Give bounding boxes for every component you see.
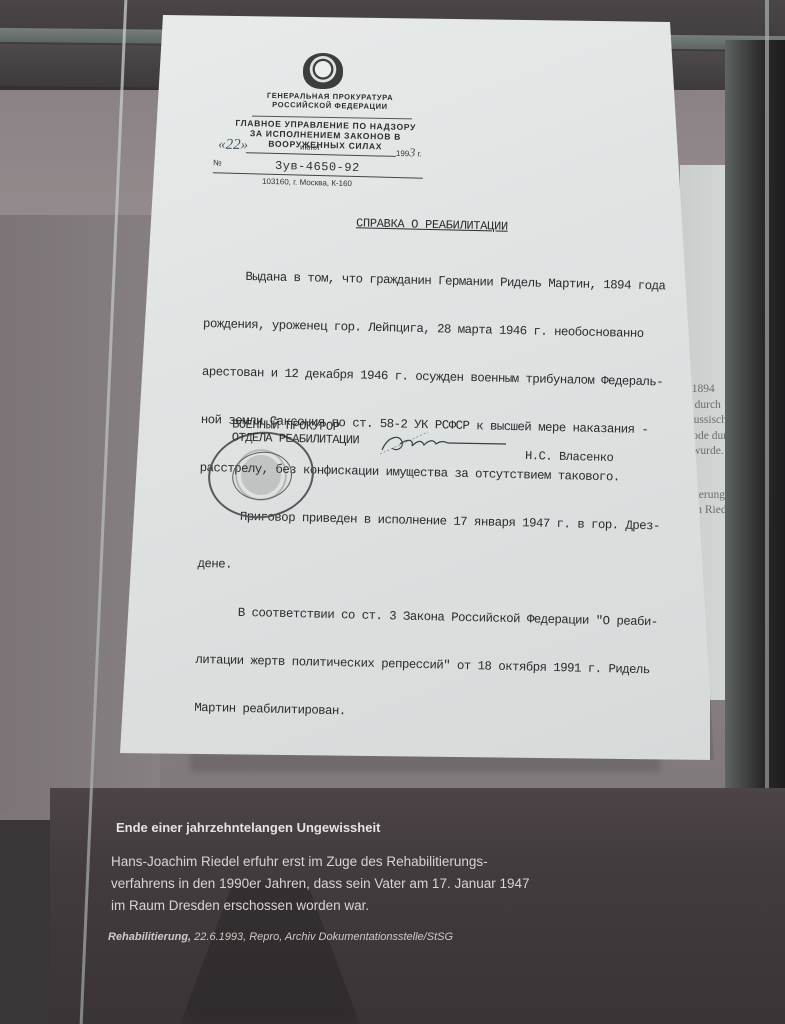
year-unit: г. [417, 149, 421, 158]
caption-line: Hans-Joachim Riedel erfuhr erst im Zuge … [111, 851, 541, 873]
body-line: рождения, уроженец гор. Лейпцига, 28 мар… [203, 316, 663, 342]
stamp-inner-ring [229, 448, 295, 504]
credit-title: Rehabilitierung, [108, 931, 191, 943]
date-day: «22» [218, 137, 248, 155]
body-line: Выдана в том, что гражданин Германии Рид… [204, 268, 664, 294]
caption-title: Ende einer jahrzehntelangen Ungewissheit [116, 820, 380, 835]
body-line: дене. [197, 556, 657, 582]
credit-details: 22.6.1993, Repro, Archiv Dokumentationss… [191, 931, 453, 943]
date-year: 1993 г. [396, 145, 422, 161]
signatory-name: Н.С. Власенко [525, 449, 614, 465]
museum-vitrine: , 1894 6 durch Russische Tode durc t wur… [0, 0, 785, 1024]
rsfsr-coat-of-arms-icon [303, 53, 343, 89]
number-label: № [213, 158, 222, 167]
body-line: В соответствии со ст. 3 Закона Российско… [196, 604, 656, 630]
year-prefix: 199 [396, 149, 410, 158]
caption-line: im Raum Dresden erschossen worden war. [111, 895, 541, 917]
letterhead-org: ГЕНЕРАЛЬНАЯ ПРОКУРАТУРА РОССИЙСКОЙ ФЕДЕР… [240, 90, 420, 111]
year-suffix: 3 [409, 145, 415, 159]
handwritten-signature-icon [378, 428, 508, 458]
body-line: литации жертв политических репрессий" от… [195, 652, 655, 678]
caption-credit: Rehabilitierung, 22.6.1993, Repro, Archi… [108, 931, 453, 943]
signatory-title: ВОЕННЫЙ ПРОКУРОР ОТДЕЛА РЕАБИЛИТАЦИИ [232, 419, 360, 448]
body-line: арестован и 12 декабря 1946 г. осужден в… [202, 364, 662, 390]
body-line: Мартин реабилитирован. [194, 700, 654, 726]
number-value: 3ув-4650-92 [275, 159, 360, 175]
caption-body: Hans-Joachim Riedel erfuhr erst im Zuge … [111, 851, 541, 917]
date-month: июня [300, 143, 319, 152]
caption-line: verfahrens in den 1990er Jahren, dass se… [111, 873, 541, 895]
